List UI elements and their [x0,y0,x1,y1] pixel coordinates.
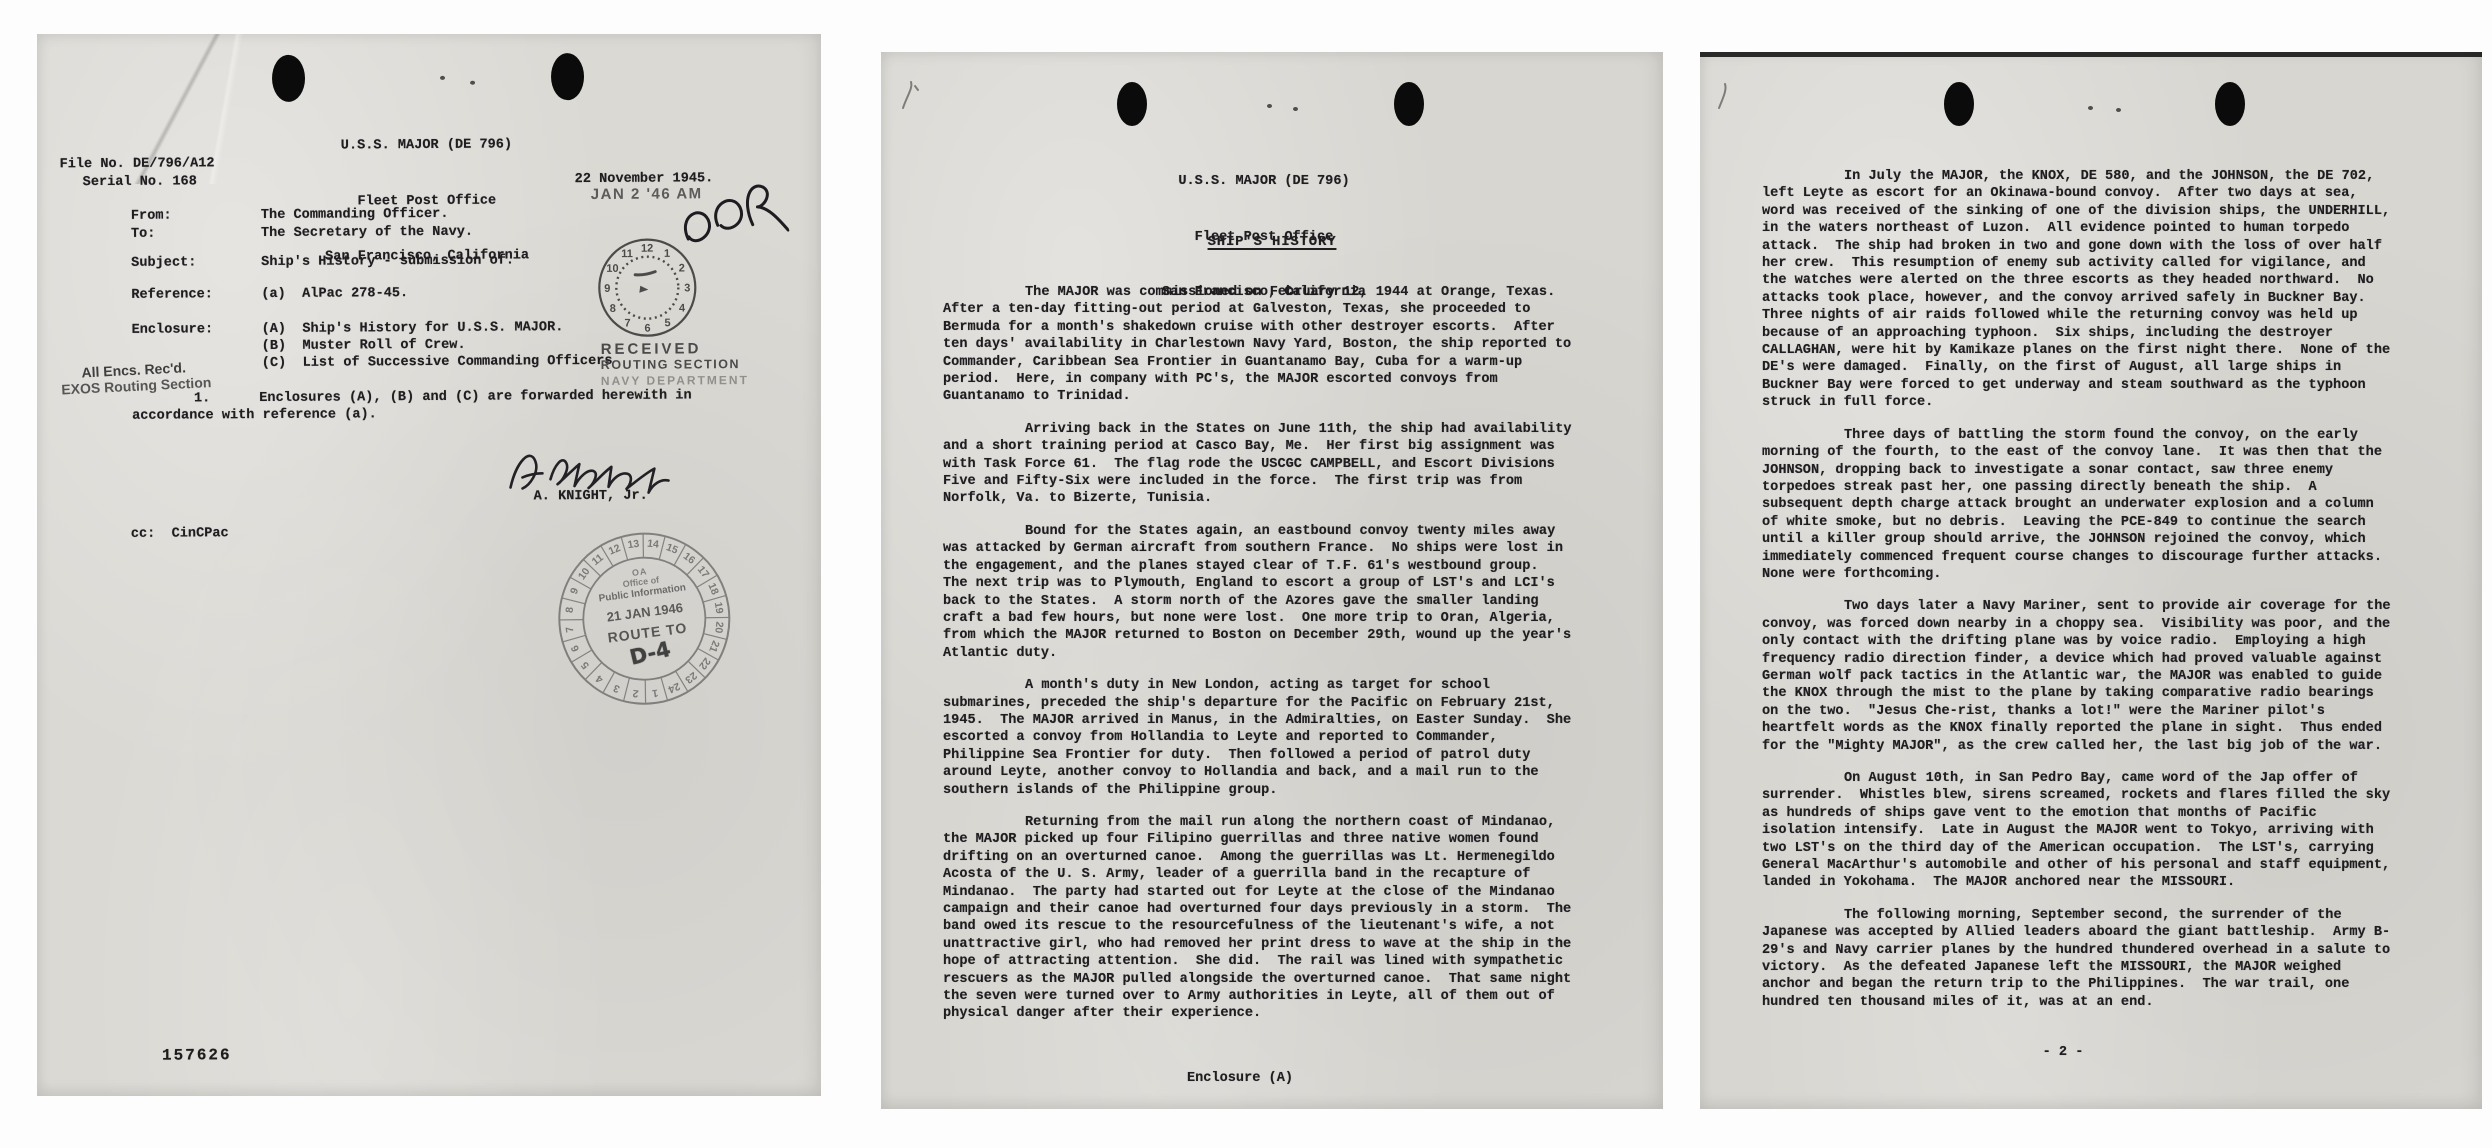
routing-ring-number: 24 [666,680,682,696]
clock-number: 9 [604,283,610,295]
routing-ring-number: 13 [627,538,640,552]
punch-hole [1944,82,1974,126]
history-text-column: The MAJOR was commissioned on February 1… [943,284,1575,1038]
encs-recd-stamp: All Encs. Rec'd. EXOS Routing Section [60,358,212,397]
routing-ring-number: 15 [664,541,679,557]
letterhead-ship: U.S.S. MAJOR (DE 796) [34,135,818,158]
routing-ring-number: 12 [607,542,623,558]
enclosure-item-a: (A) Ship's History for U.S.S. MAJOR. [262,319,564,338]
page-1-cover-letter: U.S.S. MAJOR (DE 796) Fleet Post Office … [37,34,821,1096]
enclosure-item-c: (C) List of Successive Commanding Office… [262,353,613,373]
history-paragraph: Arriving back in the States on June 11th… [943,421,1575,508]
history-paragraph: A month's duty in New London, acting as … [943,677,1575,799]
file-number: File No. DE/796/A12 [59,155,214,173]
history-text-column: In July the MAJOR, the KNOX, DE 580, and… [1762,168,2394,1026]
routing-ring-tick [642,680,649,704]
punch-hole [2215,82,2245,126]
routing-ring-tick [620,678,632,701]
received-stamp-line2: ROUTING SECTION [601,357,749,372]
routing-ring-number: 23 [682,669,699,686]
page-number-footer: - 2 - [1672,1044,2454,1061]
enclosure-footer: Enclosure (A) [849,1070,1631,1087]
history-paragraph: The MAJOR was commissioned on February 1… [943,284,1575,406]
signer-name: A. KNIGHT, Jr. [534,488,648,506]
history-paragraph: The following morning, September second,… [1762,907,2394,1011]
history-paragraph: Two days later a Navy Mariner, sent to p… [1762,598,2394,755]
clock-number: 1 [664,248,670,260]
received-stamp-line1: RECEIVED [601,342,749,357]
punch-hole [1394,82,1424,126]
history-paragraph: Returning from the mail run along the no… [943,814,1575,1023]
clock-hand [635,272,655,275]
subject-value: Ship's History - submission of. [261,252,514,271]
routing-ring-number: 1 [651,687,659,700]
enclosure-item-b: (B) Muster Roll of Crew. [262,337,466,356]
from-value: The Commanding Officer. [261,206,449,225]
routing-stamp-text: OA Office of Public Information 21 JAN 1… [567,558,724,675]
ink-speck [1267,104,1272,108]
received-stamp-line3: NAVY DEPARTMENT [601,373,749,388]
received-routing-stamp: RECEIVED ROUTING SECTION NAVY DEPARTMENT [601,342,749,388]
body-paragraph-line2: accordance with reference (a). [132,406,377,425]
punch-hole [551,53,584,100]
clock-number: 3 [684,282,690,294]
history-paragraph: Three days of battling the storm found t… [1762,427,2394,584]
routing-ring-tick [661,677,668,701]
ink-speck [440,76,445,80]
ships-history-title: SHIP'S HISTORY [881,234,1663,251]
routing-ring-number: 2 [632,687,639,700]
ink-speck [1293,107,1298,111]
from-label: From: [131,208,172,226]
document-scan-canvas: U.S.S. MAJOR (DE 796) Fleet Post Office … [0,0,2492,1148]
clock-hand-point [639,286,648,293]
serial-number: Serial No. 168 [83,173,197,191]
history-paragraph: Bound for the States again, an eastbound… [943,523,1575,662]
routing-ring-number: 3 [612,682,622,695]
body-paragraph-line1: 1. Enclosures (A), (B) and (C) are forwa… [194,387,692,407]
subject-label: Subject: [131,254,196,272]
history-paragraph: In July the MAJOR, the KNOX, DE 580, and… [1762,168,2394,412]
document-number: 157626 [162,1047,232,1065]
ink-speck [2088,106,2093,110]
punch-hole [1117,82,1147,126]
pencil-mark [897,78,923,112]
ink-speck [470,81,475,85]
clock-number: 7 [624,317,630,329]
ink-speck [2116,108,2121,112]
letterhead-ship: U.S.S. MAJOR (DE 796) [873,173,1655,192]
reference-value: (a) AlPac 278-45. [261,285,408,303]
clock-number: 6 [644,323,650,335]
clock-number: 12 [641,243,653,255]
routing-ring-number: 11 [590,552,606,568]
clock-number: 10 [606,263,618,275]
pencil-mark [1714,80,1738,112]
page-3-ships-history: In July the MAJOR, the KNOX, DE 580, and… [1700,52,2482,1109]
enclosure-label: Enclosure: [132,321,214,339]
clock-number: 5 [664,317,670,329]
reference-label: Reference: [131,286,213,304]
to-label: To: [131,226,156,244]
routing-ring-tick [640,534,647,558]
page-2-ships-history: U.S.S. MAJOR (DE 796) Fleet Post Office … [881,52,1663,1109]
punch-hole [272,55,305,102]
history-paragraph: On August 10th, in San Pedro Bay, came w… [1762,770,2394,892]
to-value: The Secretary of the Navy. [261,224,473,243]
clock-number: 11 [621,248,633,260]
routing-ring-number: 14 [647,538,660,551]
cc-line: cc: CinCPac [131,525,229,543]
clock-number: 4 [679,302,686,314]
clock-number: 8 [610,303,616,315]
